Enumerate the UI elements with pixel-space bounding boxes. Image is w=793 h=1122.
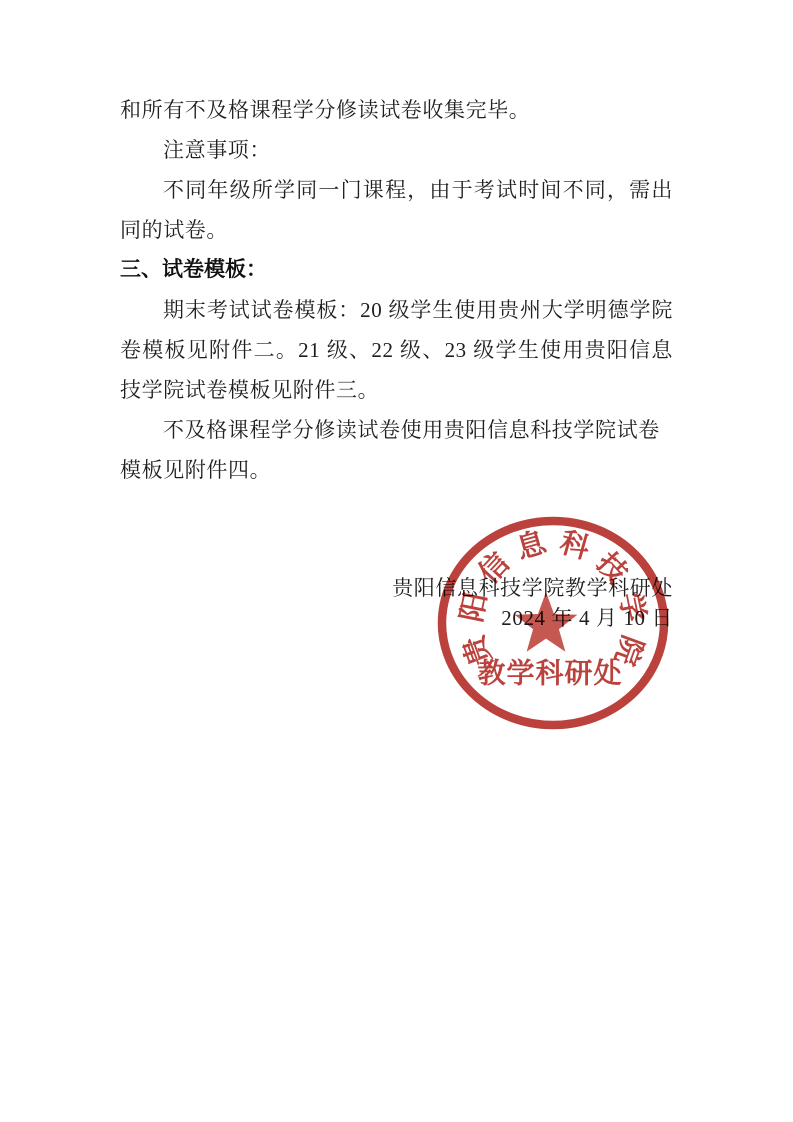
paragraph-line: 卷模板见附件二。21 级、22 级、23 级学生使用贵阳信息科 [120, 330, 673, 370]
seal-ring-char: 科 [556, 525, 593, 566]
document-page: 和所有不及格课程学分修读试卷收集完毕。 注意事项： 不同年级所学同一门课程，由于… [0, 0, 793, 1122]
official-seal: 贵 阳 信 息 科 技 学 院 教学科研处 [433, 503, 673, 743]
paragraph-line: 技学院试卷模板见附件三。 [120, 370, 673, 410]
section-heading: 三、试卷模板： [120, 250, 673, 290]
seal-ring-char: 阳 [455, 590, 493, 625]
seal-ring-char: 学 [613, 590, 651, 625]
seal-ring-char: 技 [590, 546, 634, 590]
paragraph-line: 模板见附件四。 [120, 450, 673, 490]
paragraph-line: 不及格课程学分修读试卷使用贵阳信息科技学院试卷 [120, 410, 673, 450]
paragraph-line: 和所有不及格课程学分修读试卷收集完毕。 [120, 90, 673, 130]
document-body: 和所有不及格课程学分修读试卷收集完毕。 注意事项： 不同年级所学同一门课程，由于… [120, 90, 673, 490]
paragraph-line: 注意事项： [120, 130, 673, 170]
paragraph-line: 期末考试试卷模板：20 级学生使用贵州大学明德学院试 [120, 290, 673, 330]
seal-star [515, 592, 578, 652]
seal-ring-char: 息 [513, 524, 551, 565]
paragraph-line: 同的试卷。 [120, 210, 673, 250]
paragraph-line: 不同年级所学同一门课程，由于考试时间不同，需出不 [120, 170, 673, 210]
seal-bottom-text: 教学科研处 [477, 658, 622, 690]
